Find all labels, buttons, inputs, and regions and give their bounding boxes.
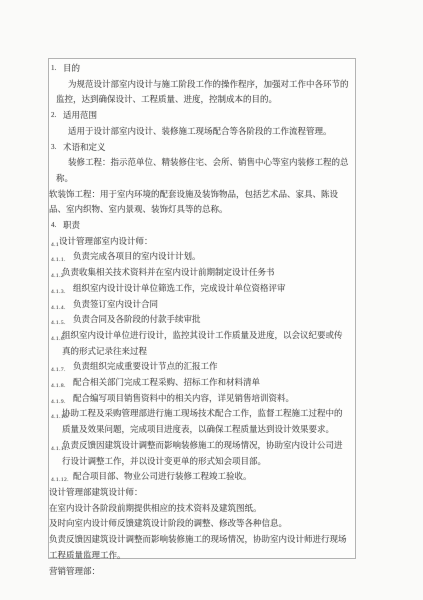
item-text: 在室内设计各阶段前期提供相应的技术资料及建筑图纸。 xyxy=(49,501,349,517)
document-line: 4.1.7.负责组织完成重要设计节点的汇报工作 xyxy=(49,359,349,375)
document-line: 4.1.1.负责完成各项目的室内设计计划。 xyxy=(49,249,349,265)
document-line: 1.目的 xyxy=(49,61,349,77)
document-content: 1.目的为规范设计部室内设计与施工阶段工作的操作程序，加强对工作中各环节的监控，… xyxy=(49,59,355,558)
item-text: 营销管理部： xyxy=(49,564,349,580)
document-line: 2.适用范围 xyxy=(49,108,349,124)
item-number: 4. xyxy=(51,218,56,234)
document-line: 4.1.6.组织室内设计单位进行设计，监控其设计工作质量及进度，以会议纪要或传真… xyxy=(49,328,349,359)
item-text: 及时向室内设计师反馈建筑设计阶段的调整、修改等各种信息。 xyxy=(49,516,349,532)
document-line: 4.1.4.负责签订室内设计合同 xyxy=(49,297,349,313)
document-line: 负责反馈因建筑设计调整而影响装修施工的现场情况，协助室内设计师进行现场工程质量监… xyxy=(49,532,349,563)
document-line: 软装饰工程：用于室内环境的配套设施及装饰物品，包括艺术品、家具、陈设品、室内织物… xyxy=(49,187,349,218)
document-line: 4.1.11.负责反馈因建筑设计调整而影响装修施工的现场情况，协助室内设计公司进… xyxy=(49,438,349,469)
item-text: 适用于设计部室内设计、装修施工现场配合等各阶段的工作流程管理。 xyxy=(49,124,349,140)
document-line: 营销管理部： xyxy=(49,564,349,580)
document-line: 在室内设计各阶段前期提供相应的技术资料及建筑图纸。 xyxy=(49,501,349,517)
document-line: 装修工程：指示范单位、精装修住宅、会所、销售中心等室内装修工程的总称。 xyxy=(49,155,349,186)
item-text: 装修工程：指示范单位、精装修住宅、会所、销售中心等室内装修工程的总称。 xyxy=(49,155,349,186)
item-text: 适用范围 xyxy=(49,108,349,124)
item-text: 协助工程及采购管理部进行施工现场技术配合工作，监督工程施工过程中的质量及效果问题… xyxy=(49,406,349,437)
document-line: 为规范设计部室内设计与施工阶段工作的操作程序，加强对工作中各环节的监控，达到确保… xyxy=(49,77,349,108)
item-text: 负责合同及各阶段的付款手续审批 xyxy=(49,312,349,328)
item-text: 负责组织完成重要设计节点的汇报工作 xyxy=(49,359,349,375)
item-text: 设计管理部建筑设计师： xyxy=(49,485,349,501)
item-number: 2. xyxy=(51,108,56,124)
item-text: 负责签订室内设计合同 xyxy=(49,297,349,313)
item-number: 3. xyxy=(51,140,56,156)
item-text: 配合项目部、物业公司进行装修工程竣工验收。 xyxy=(49,469,349,485)
item-text: 组织室内设计设计单位筛选工作，完成设计单位资格评审 xyxy=(49,281,349,297)
document-line: 4.1.5.负责合同及各阶段的付款手续审批 xyxy=(49,312,349,328)
item-text: 负责反馈因建筑设计调整而影响装修施工的现场情况，协助室内设计师进行现场工程质量监… xyxy=(49,532,349,563)
item-number: 1. xyxy=(51,61,56,77)
item-text: 软装饰工程：用于室内环境的配套设施及装饰物品，包括艺术品、家具、陈设品、室内织物… xyxy=(49,187,349,218)
document-line: 4.职责 xyxy=(49,218,349,234)
item-text: 职责 xyxy=(49,218,349,234)
item-text: 术语和定义 xyxy=(49,140,349,156)
scanned-document-page: 1.目的为规范设计部室内设计与施工阶段工作的操作程序，加强对工作中各环节的监控，… xyxy=(0,0,423,600)
document-line: 4.1.9.配合编写项目销售资料中的相关内容，详见销售培训资料。 xyxy=(49,391,349,407)
document-line: 4.1.10.协助工程及采购管理部进行施工现场技术配合工作，监督工程施工过程中的… xyxy=(49,406,349,437)
item-text: 设计管理部室内设计师： xyxy=(49,234,349,250)
item-text: 负责收集相关技术资料并在室内设计前期制定设计任务书 xyxy=(49,265,349,281)
document-line: 适用于设计部室内设计、装修施工现场配合等各阶段的工作流程管理。 xyxy=(49,124,349,140)
document-line: 设计管理部建筑设计师： xyxy=(49,485,349,501)
item-text: 组织室内设计单位进行设计，监控其设计工作质量及进度，以会议纪要或传真的形式记录往… xyxy=(49,328,349,359)
document-line: 4.1.8.配合相关部门完成工程采购、招标工作和材料清单 xyxy=(49,375,349,391)
document-line: 4.1设计管理部室内设计师： xyxy=(49,234,349,250)
document-line: 4.1.2负责收集相关技术资料并在室内设计前期制定设计任务书 xyxy=(49,265,349,281)
item-text: 配合相关部门完成工程采购、招标工作和材料清单 xyxy=(49,375,349,391)
document-line: 4.1.3.组织室内设计设计单位筛选工作，完成设计单位资格评审 xyxy=(49,281,349,297)
item-number: 4.1.6. xyxy=(51,332,66,348)
item-text: 负责完成各项目的室内设计计划。 xyxy=(49,249,349,265)
item-text: 目的 xyxy=(49,61,349,77)
item-number: 4.1.10. xyxy=(51,410,69,426)
document-cell-border: 1.目的为规范设计部室内设计与施工阶段工作的操作程序，加强对工作中各环节的监控，… xyxy=(48,58,356,559)
document-line: 及时向室内设计师反馈建筑设计阶段的调整、修改等各种信息。 xyxy=(49,516,349,532)
item-text: 配合编写项目销售资料中的相关内容，详见销售培训资料。 xyxy=(49,391,349,407)
item-number: 4.1.11. xyxy=(51,442,69,458)
item-text: 负责反馈因建筑设计调整而影响装修施工的现场情况，协助室内设计公司进行设计调整工作… xyxy=(49,438,349,469)
item-text: 为规范设计部室内设计与施工阶段工作的操作程序，加强对工作中各环节的监控，达到确保… xyxy=(49,77,349,108)
document-line: 3.术语和定义 xyxy=(49,140,349,156)
document-line: 4.1.12.配合项目部、物业公司进行装修工程竣工验收。 xyxy=(49,469,349,485)
